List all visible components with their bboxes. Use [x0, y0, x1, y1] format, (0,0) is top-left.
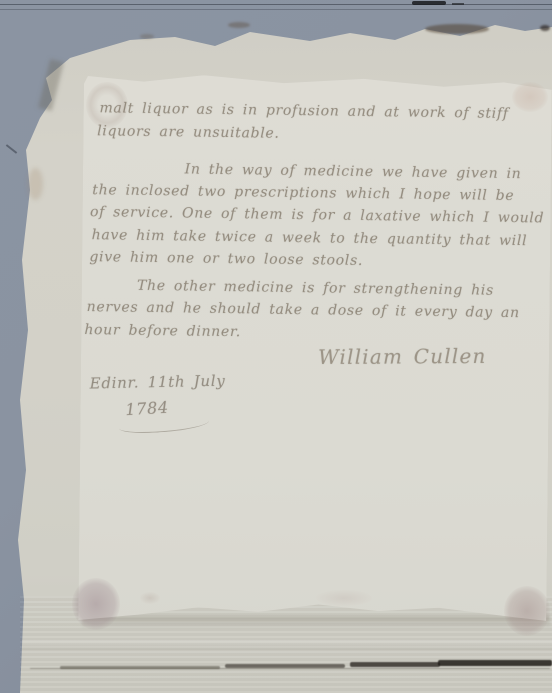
scanner-line [0, 9, 552, 10]
handwriting-line: hour before dinner. [84, 322, 241, 340]
stray-mark [6, 144, 17, 154]
handwriting-line: The other medicine is for strengthening … [137, 278, 494, 299]
torn-edge-singe [228, 22, 250, 28]
scanner-mark [452, 3, 464, 5]
document-scan: malt liquor as is in profusion and at wo… [0, 0, 552, 693]
handwriting-line: of service. One of them is for a laxativ… [90, 204, 544, 226]
torn-edge-singe [540, 25, 550, 31]
handwriting-line: give him one or two loose stools. [89, 249, 363, 269]
torn-edge-singe [140, 34, 154, 39]
torn-edge-singe [425, 24, 489, 34]
dateline: Edinr. 11th July [90, 372, 226, 393]
scanner-mark [412, 1, 446, 5]
ink-offset-streak [225, 664, 345, 668]
scanner-line [0, 4, 552, 5]
handwriting-line: nerves and he should take a dose of it e… [87, 299, 520, 321]
handwriting-line: liquors are unsuitable. [97, 123, 280, 142]
ink-offset-streak [60, 666, 220, 669]
handwriting-line: In the way of medicine we have given in [185, 161, 522, 182]
letter-handwriting: malt liquor as is in profusion and at wo… [76, 72, 552, 634]
handwriting-line: malt liquor as is in profusion and at wo… [99, 100, 508, 122]
signature: William Cullen [318, 344, 487, 369]
ink-offset-streak [350, 662, 440, 667]
paper-crease [22, 640, 552, 650]
year: 1784 [125, 398, 170, 419]
handwriting-line: the inclosed two prescriptions which I h… [92, 182, 514, 204]
edge-stain [28, 168, 43, 200]
handwriting-line: have him take twice a week to the quanti… [92, 227, 528, 249]
ink-offset-streak [438, 660, 552, 666]
